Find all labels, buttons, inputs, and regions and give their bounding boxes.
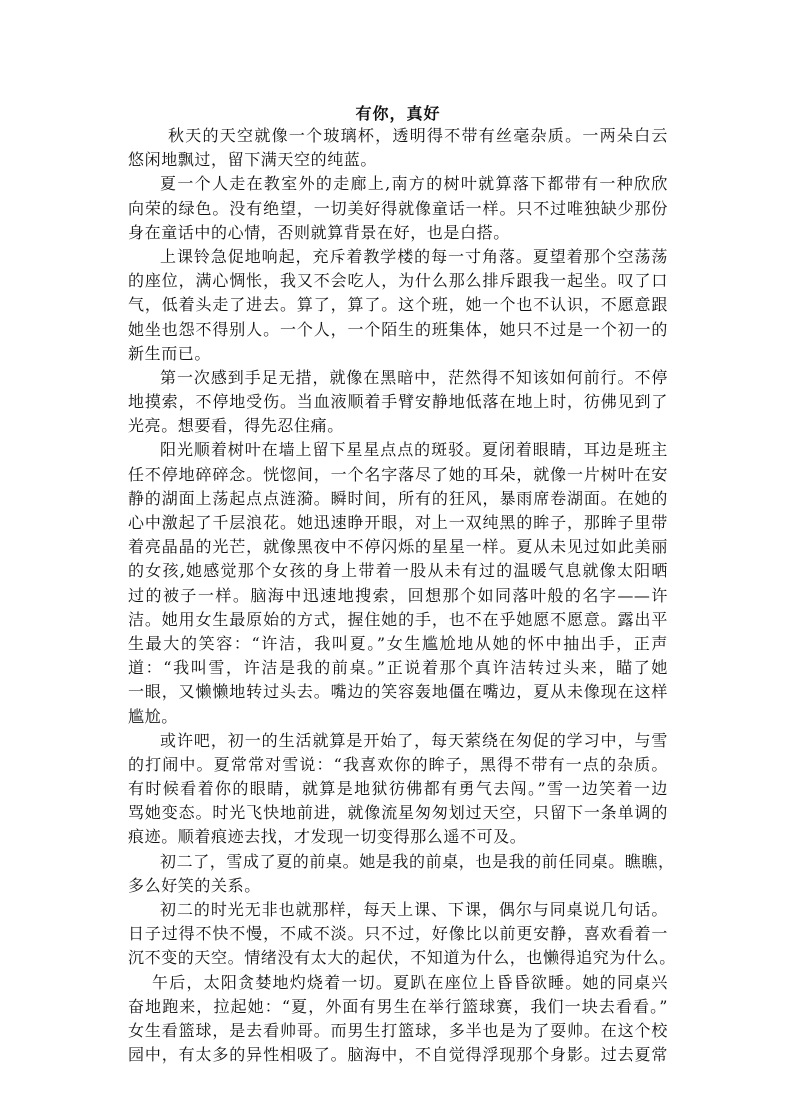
text-line: 阳光顺着树叶在墙上留下星星点点的斑驳。夏闭着眼睛，耳边是班主: [128, 438, 668, 462]
text-line: 痕迹。顺着痕迹去找，才发现一切变得那么遥不可及。: [128, 825, 668, 849]
text-line: 秋天的天空就像一个玻璃杯，透明得不带有丝毫杂质。一两朵白云: [128, 124, 668, 148]
text-line: 女生看篮球，是去看帅哥。而男生打篮球，多半也是为了耍帅。在这个校: [128, 1019, 668, 1043]
essay-title: 有你，真好: [128, 104, 668, 124]
text-line: 或许吧，初一的生活就算是开始了，每天萦绕在匆促的学习中，与雪: [128, 729, 668, 753]
text-line: 有时候看着你的眼睛，就算是地狱彷佛都有勇气去闯。”雪一边笑着一边: [128, 777, 668, 801]
text-line: 第一次感到手足无措，就像在黑暗中，茫然得不知该如何前行。不停: [128, 366, 668, 390]
essay-body: 秋天的天空就像一个玻璃杯，透明得不带有丝毫杂质。一两朵白云悠闲地飘过，留下满天空…: [128, 124, 668, 1067]
text-line: 夏一个人走在教室外的走廊上,南方的树叶就算落下都带有一种欣欣: [128, 172, 668, 196]
text-line: 新生而已。: [128, 342, 668, 366]
text-line: 骂她变态。时光飞快地前进，就像流星匆匆划过天空，只留下一条单调的: [128, 801, 668, 825]
text-line: 身在童话中的心情，否则就算背景在好，也是白搭。: [128, 221, 668, 245]
text-line: 尴尬。: [128, 705, 668, 729]
text-line: 任不停地碎碎念。恍惚间，一个名字落尽了她的耳朵，就像一片树叶在安: [128, 463, 668, 487]
text-line: 着亮晶晶的光芒，就像黑夜中不停闪烁的星星一样。夏从未见过如此美丽: [128, 535, 668, 559]
text-line: 地摸索，不停地受伤。当血液顺着手臂安静地低落在地上时，彷佛见到了: [128, 390, 668, 414]
text-line: 向荣的绿色。没有绝望，一切美好得就像童话一样。只不过唯独缺少那份: [128, 197, 668, 221]
text-line: 的打闹中。夏常常对雪说：“我喜欢你的眸子，黑得不带有一点的杂质。: [128, 753, 668, 777]
text-line: 多么好笑的关系。: [128, 874, 668, 898]
text-line: 过的被子一样。脑海中迅速地搜索，回想那个如同落叶般的名字——许: [128, 584, 668, 608]
text-line: 她坐也怨不得别人。一个人，一个陌生的班集体，她只不过是一个初一的: [128, 318, 668, 342]
text-line: 一眼，又懒懒地转过头去。嘴边的笑容轰地僵在嘴边，夏从未像现在这样: [128, 680, 668, 704]
text-line: 的座位，满心惆怅，我又不会吃人，为什么那么排斥跟我一起坐。叹了口: [128, 269, 668, 293]
text-line: 上课铃急促地响起，充斥着教学楼的每一寸角落。夏望着那个空荡荡: [128, 245, 668, 269]
text-line: 的女孩,她感觉那个女孩的身上带着一股从未有过的温暖气息就像太阳晒: [128, 559, 668, 583]
text-line: 悠闲地飘过，留下满天空的纯蓝。: [128, 148, 668, 172]
text-line: 午后，太阳贪婪地灼烧着一切。夏趴在座位上昏昏欲睡。她的同桌兴: [128, 971, 668, 995]
text-line: 心中激起了千层浪花。她迅速睁开眼，对上一双纯黑的眸子，那眸子里带: [128, 511, 668, 535]
text-line: 日子过得不快不慢，不咸不淡。只不过，好像比以前更安静，喜欢看着一: [128, 922, 668, 946]
text-line: 园中，有太多的异性相吸了。脑海中，不自觉得浮现那个身影。过去夏常: [128, 1043, 668, 1067]
text-line: 静的湖面上荡起点点涟漪。瞬时间，所有的狂风，暴雨席卷湖面。在她的: [128, 487, 668, 511]
text-line: 初二的时光无非也就那样，每天上课、下课，偶尔与同桌说几句话。: [128, 898, 668, 922]
text-line: 道：“我叫雪，许洁是我的前桌。”正说着那个真许洁转过头来，瞄了她: [128, 656, 668, 680]
text-line: 洁。她用女生最原始的方式，握住她的手，也不在乎她愿不愿意。露出平: [128, 608, 668, 632]
text-line: 气，低着头走了进去。算了，算了。这个班，她一个也不认识，不愿意跟: [128, 293, 668, 317]
text-line: 沉不变的天空。情绪没有太大的起伏，不知道为什么，也懒得追究为什么。: [128, 946, 668, 970]
text-line: 初二了，雪成了夏的前桌。她是我的前桌，也是我的前任同桌。瞧瞧，: [128, 850, 668, 874]
document-page: 有你，真好 秋天的天空就像一个玻璃杯，透明得不带有丝毫杂质。一两朵白云悠闲地飘过…: [128, 104, 668, 1067]
text-line: 光亮。想要看，得先忍住痛。: [128, 414, 668, 438]
text-line: 奋地跑来，拉起她：“夏，外面有男生在举行篮球赛，我们一块去看看。”: [128, 995, 668, 1019]
text-line: 生最大的笑容：“许洁，我叫夏。”女生尴尬地从她的怀中抽出手，正声: [128, 632, 668, 656]
